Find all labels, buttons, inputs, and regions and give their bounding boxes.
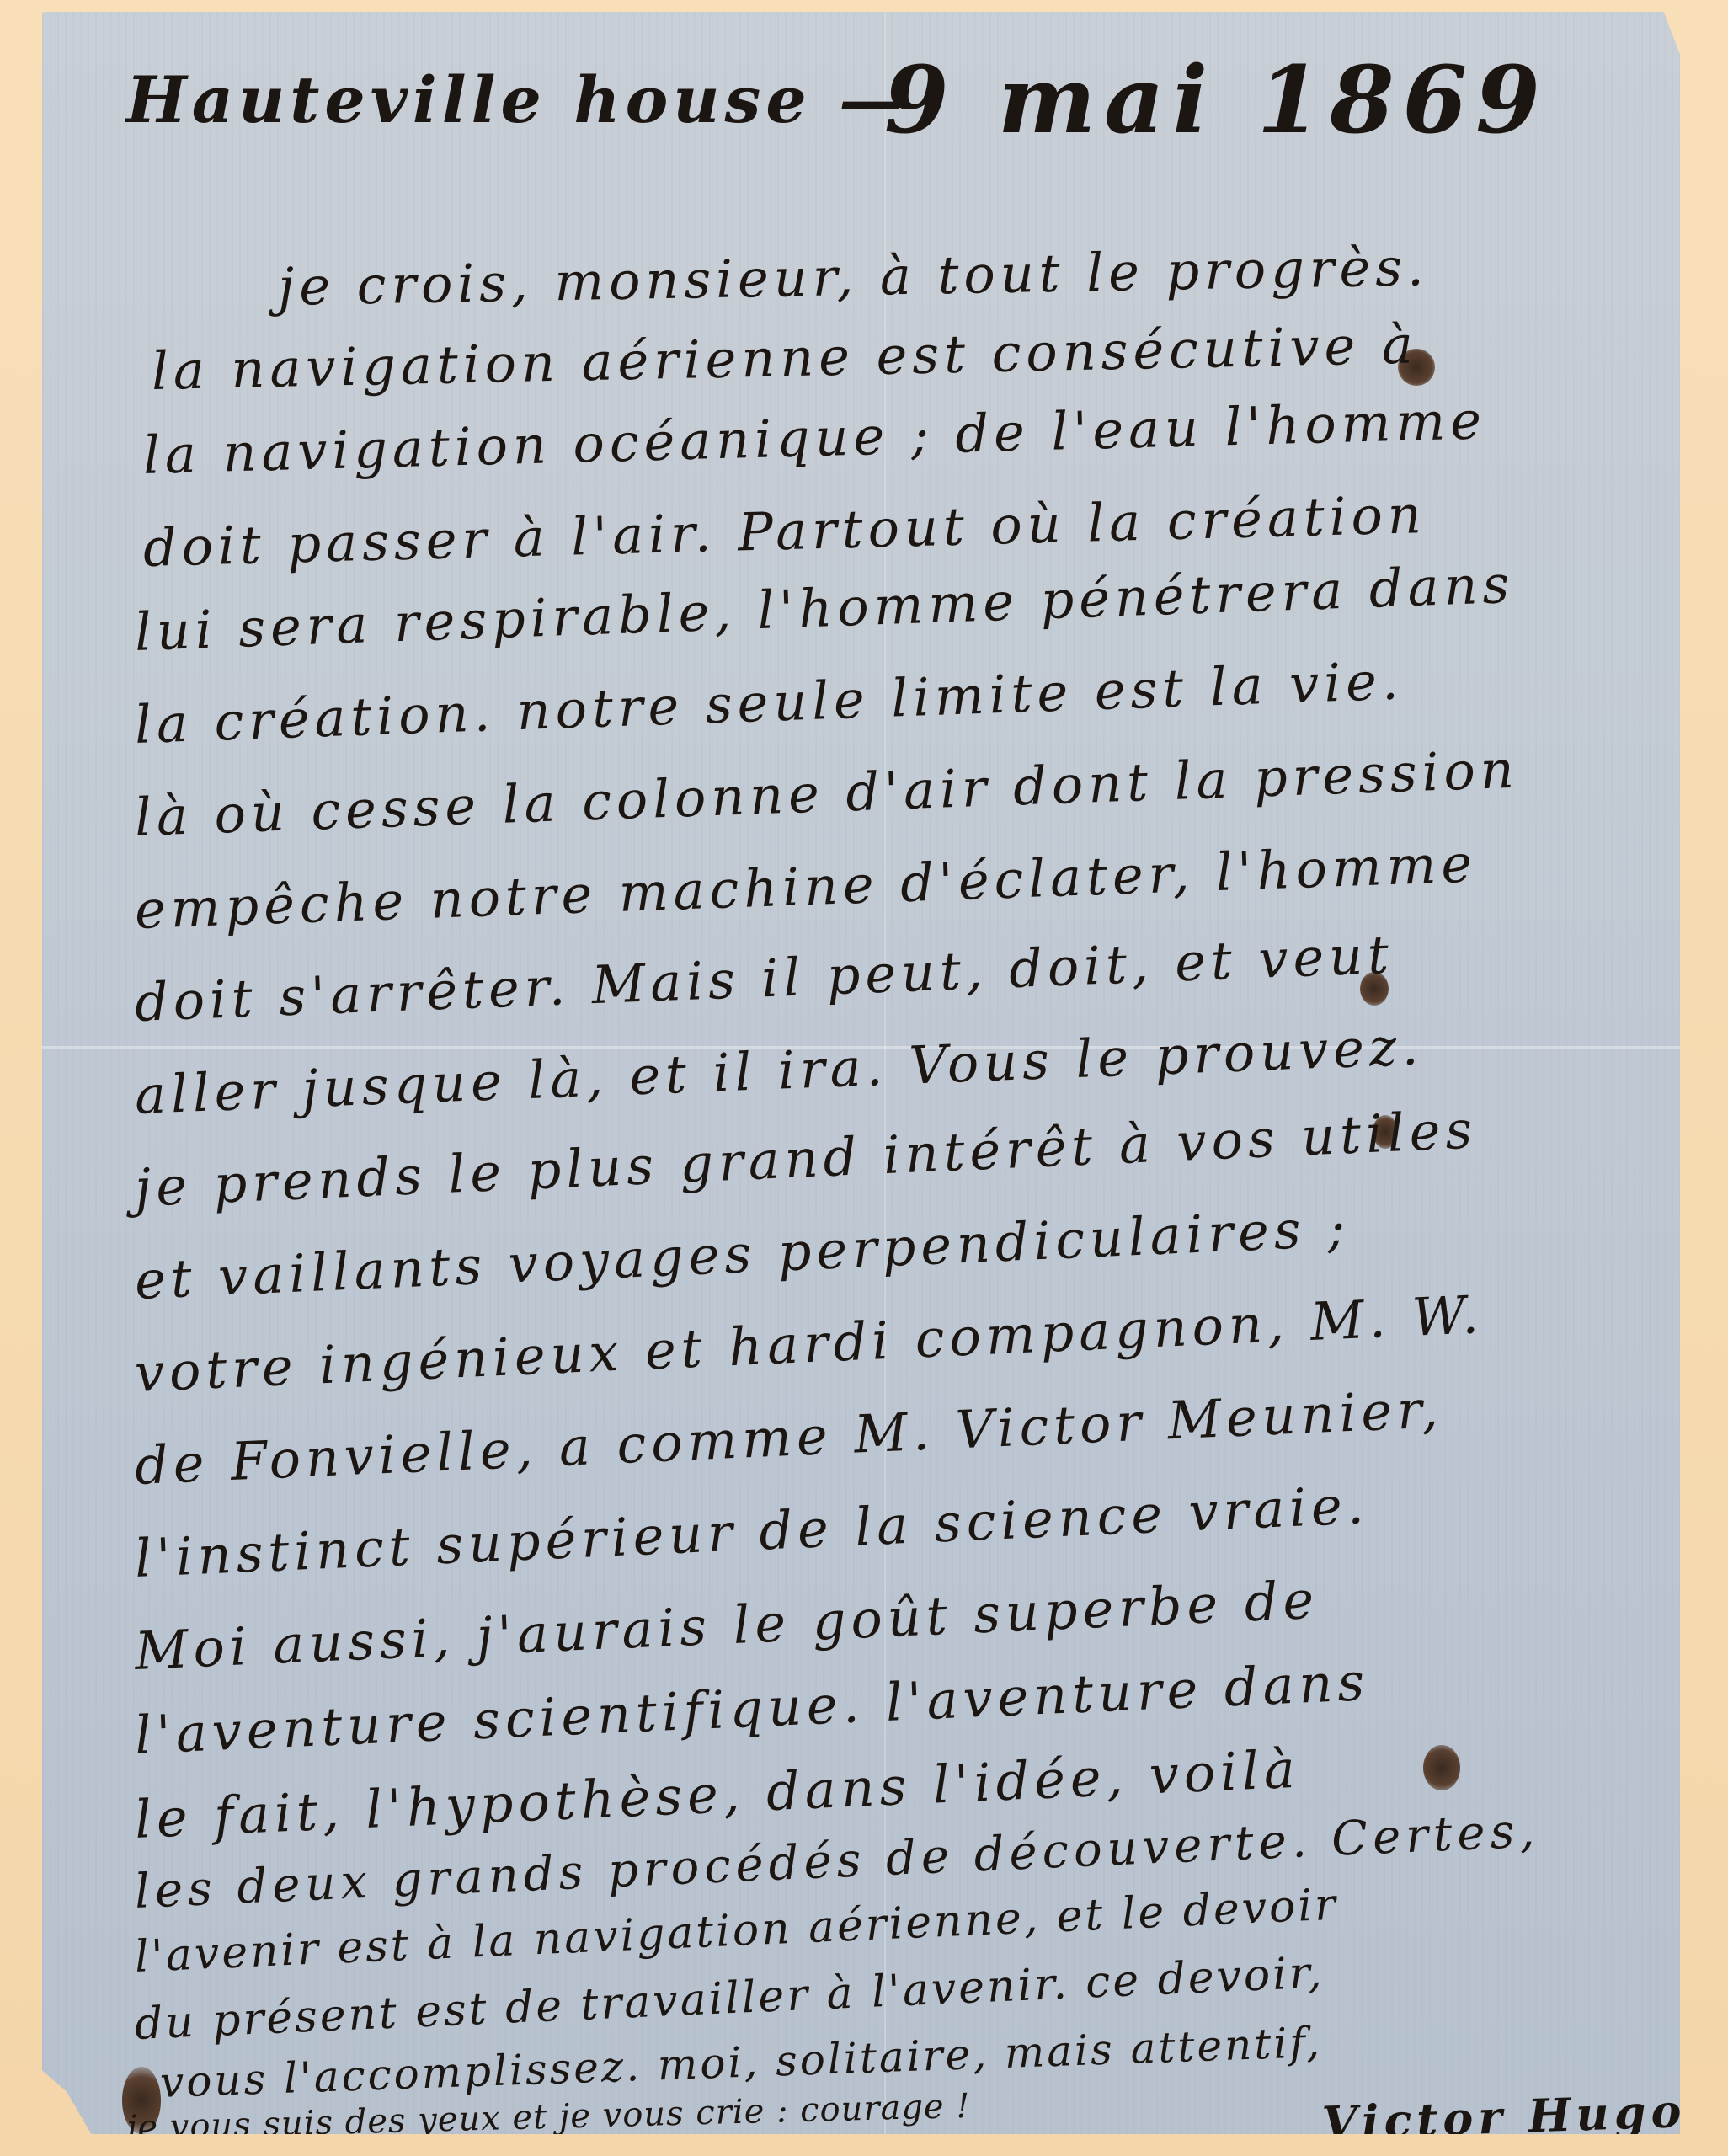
letter-line: la création. notre seule limite est la v… <box>134 649 1405 755</box>
letter-line: empêche notre machine d'éclater, l'homme <box>134 832 1478 941</box>
letter-line: là où cesse la colonne d'air dont la pre… <box>134 739 1520 848</box>
letter-date: 9 mai 1869 <box>884 45 1549 154</box>
letter-sheet: Hauteville house — 9 mai 1869 je crois, … <box>42 12 1680 2134</box>
ink-stain <box>1423 1745 1460 1790</box>
letter-line: la navigation aérienne est consécutive à <box>151 314 1418 402</box>
letter-place: Hauteville house — <box>126 62 908 137</box>
letter-line: l'instinct supérieur de la science vraie… <box>133 1474 1369 1589</box>
letter-line: je crois, monsieur, à tout le progrès. <box>277 236 1429 318</box>
letter-line: la navigation océanique ; de l'eau l'hom… <box>142 389 1487 486</box>
letter-line: et vaillants voyages perpendiculaires ; <box>133 1197 1351 1311</box>
letter-line: doit s'arrêter. Mais il peut, doit, et v… <box>134 924 1395 1033</box>
